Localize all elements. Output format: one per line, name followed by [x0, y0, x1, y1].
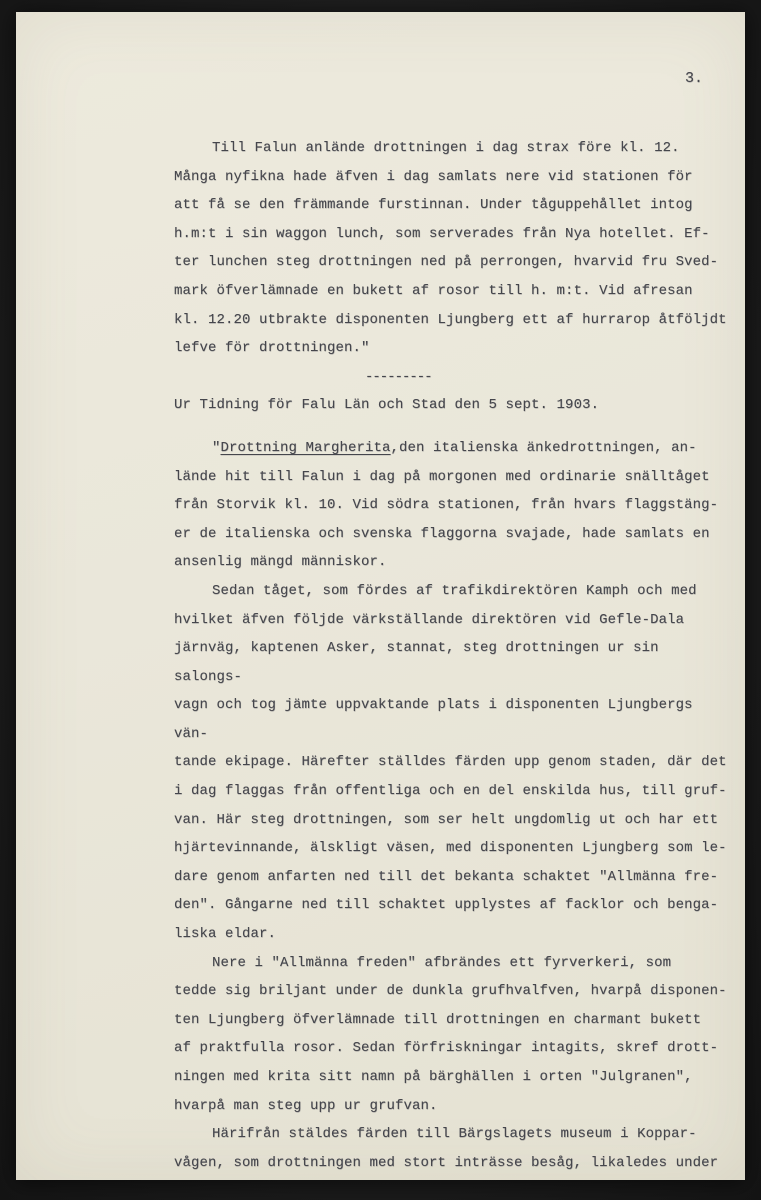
- document-page: 3. Till Falun anlände drottningen i dag …: [16, 12, 745, 1180]
- underlined-queen-name: Drottning Margherita: [221, 440, 391, 456]
- paragraph-2-body: ,den italienska änkedrottningen, an- län…: [174, 440, 718, 570]
- typewritten-text-block: Till Falun anlände drottningen i dag str…: [174, 134, 730, 1177]
- paragraph-2-open-quote: ": [212, 440, 221, 456]
- paragraph-1: Till Falun anlände drottningen i dag str…: [174, 134, 730, 363]
- source-citation-line: Ur Tidning för Falu Län och Stad den 5 s…: [174, 391, 730, 420]
- paragraph-2: "Drottning Margherita,den italienska änk…: [174, 434, 730, 577]
- section-divider: ---------: [365, 363, 730, 392]
- paragraph-3: Sedan tåget, som fördes af trafikdirektö…: [174, 577, 730, 949]
- page-number: 3.: [685, 70, 703, 87]
- scan-background: 3. Till Falun anlände drottningen i dag …: [0, 0, 761, 1200]
- paragraph-5: Härifrån stäldes färden till Bärgslagets…: [174, 1120, 730, 1177]
- paragraph-4: Nere i "Allmänna freden" afbrändes ett f…: [174, 949, 730, 1121]
